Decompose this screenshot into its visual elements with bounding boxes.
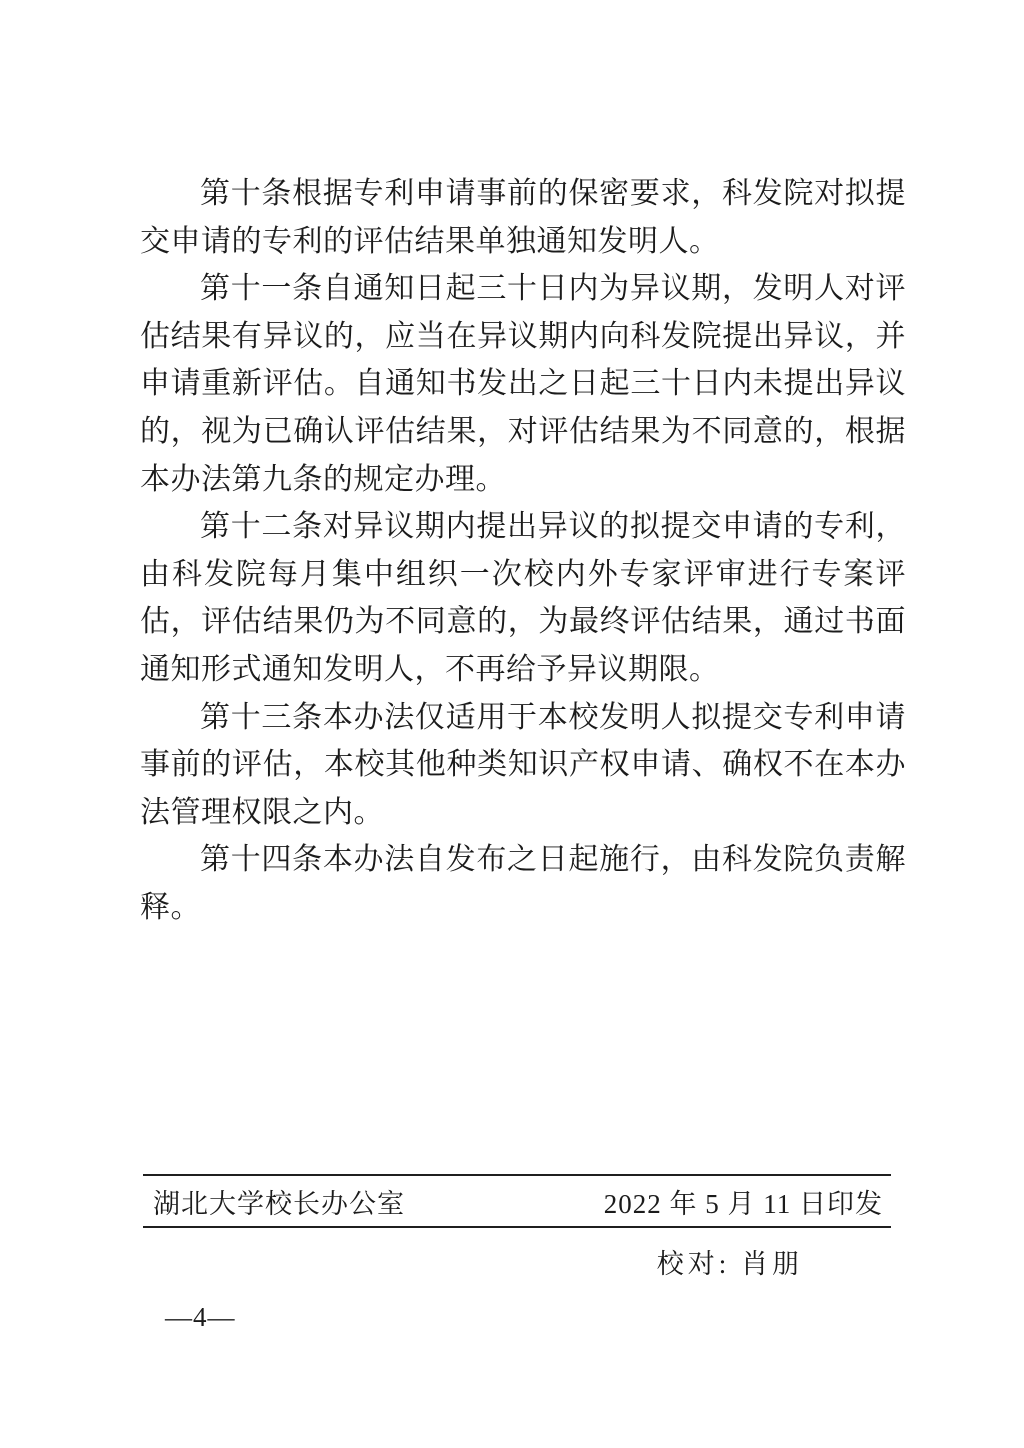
body-paragraph: 第十条根据专利申请事前的保密要求，科发院对拟提交申请的专利的评估结果单独通知发明… [140,170,906,265]
footer-issuer-row: 湖北大学校长办公室 2022 年 5 月 11 日印发 [143,1176,891,1226]
body-paragraph: 第十一条自通知日起三十日内为异议期，发明人对评估结果有异议的，应当在异议期内向科… [140,265,906,503]
issuer-name: 湖北大学校长办公室 [153,1182,405,1221]
footer-bottom-rule [143,1226,891,1228]
document-footer: 湖北大学校长办公室 2022 年 5 月 11 日印发 校对: 肖朋 [143,1174,891,1281]
body-paragraph: 第十二条对异议期内提出异议的拟提交申请的专利，由科发院每月集中组织一次校内外专家… [140,503,906,693]
print-date: 2022 年 5 月 11 日印发 [604,1182,883,1221]
body-paragraph: 第十三条本办法仅适用于本校发明人拟提交专利申请事前的评估，本校其他种类知识产权申… [140,694,906,837]
document-page: 第十条根据专利申请事前的保密要求，科发院对拟提交申请的专利的评估结果单独通知发明… [0,0,1024,1448]
proofreader-line: 校对: 肖朋 [143,1242,891,1281]
document-body: 第十条根据专利申请事前的保密要求，科发院对拟提交申请的专利的评估结果单独通知发明… [140,170,906,932]
body-paragraph: 第十四条本办法自发布之日起施行，由科发院负责解释。 [140,836,906,931]
page-number: —4— [165,1302,236,1333]
